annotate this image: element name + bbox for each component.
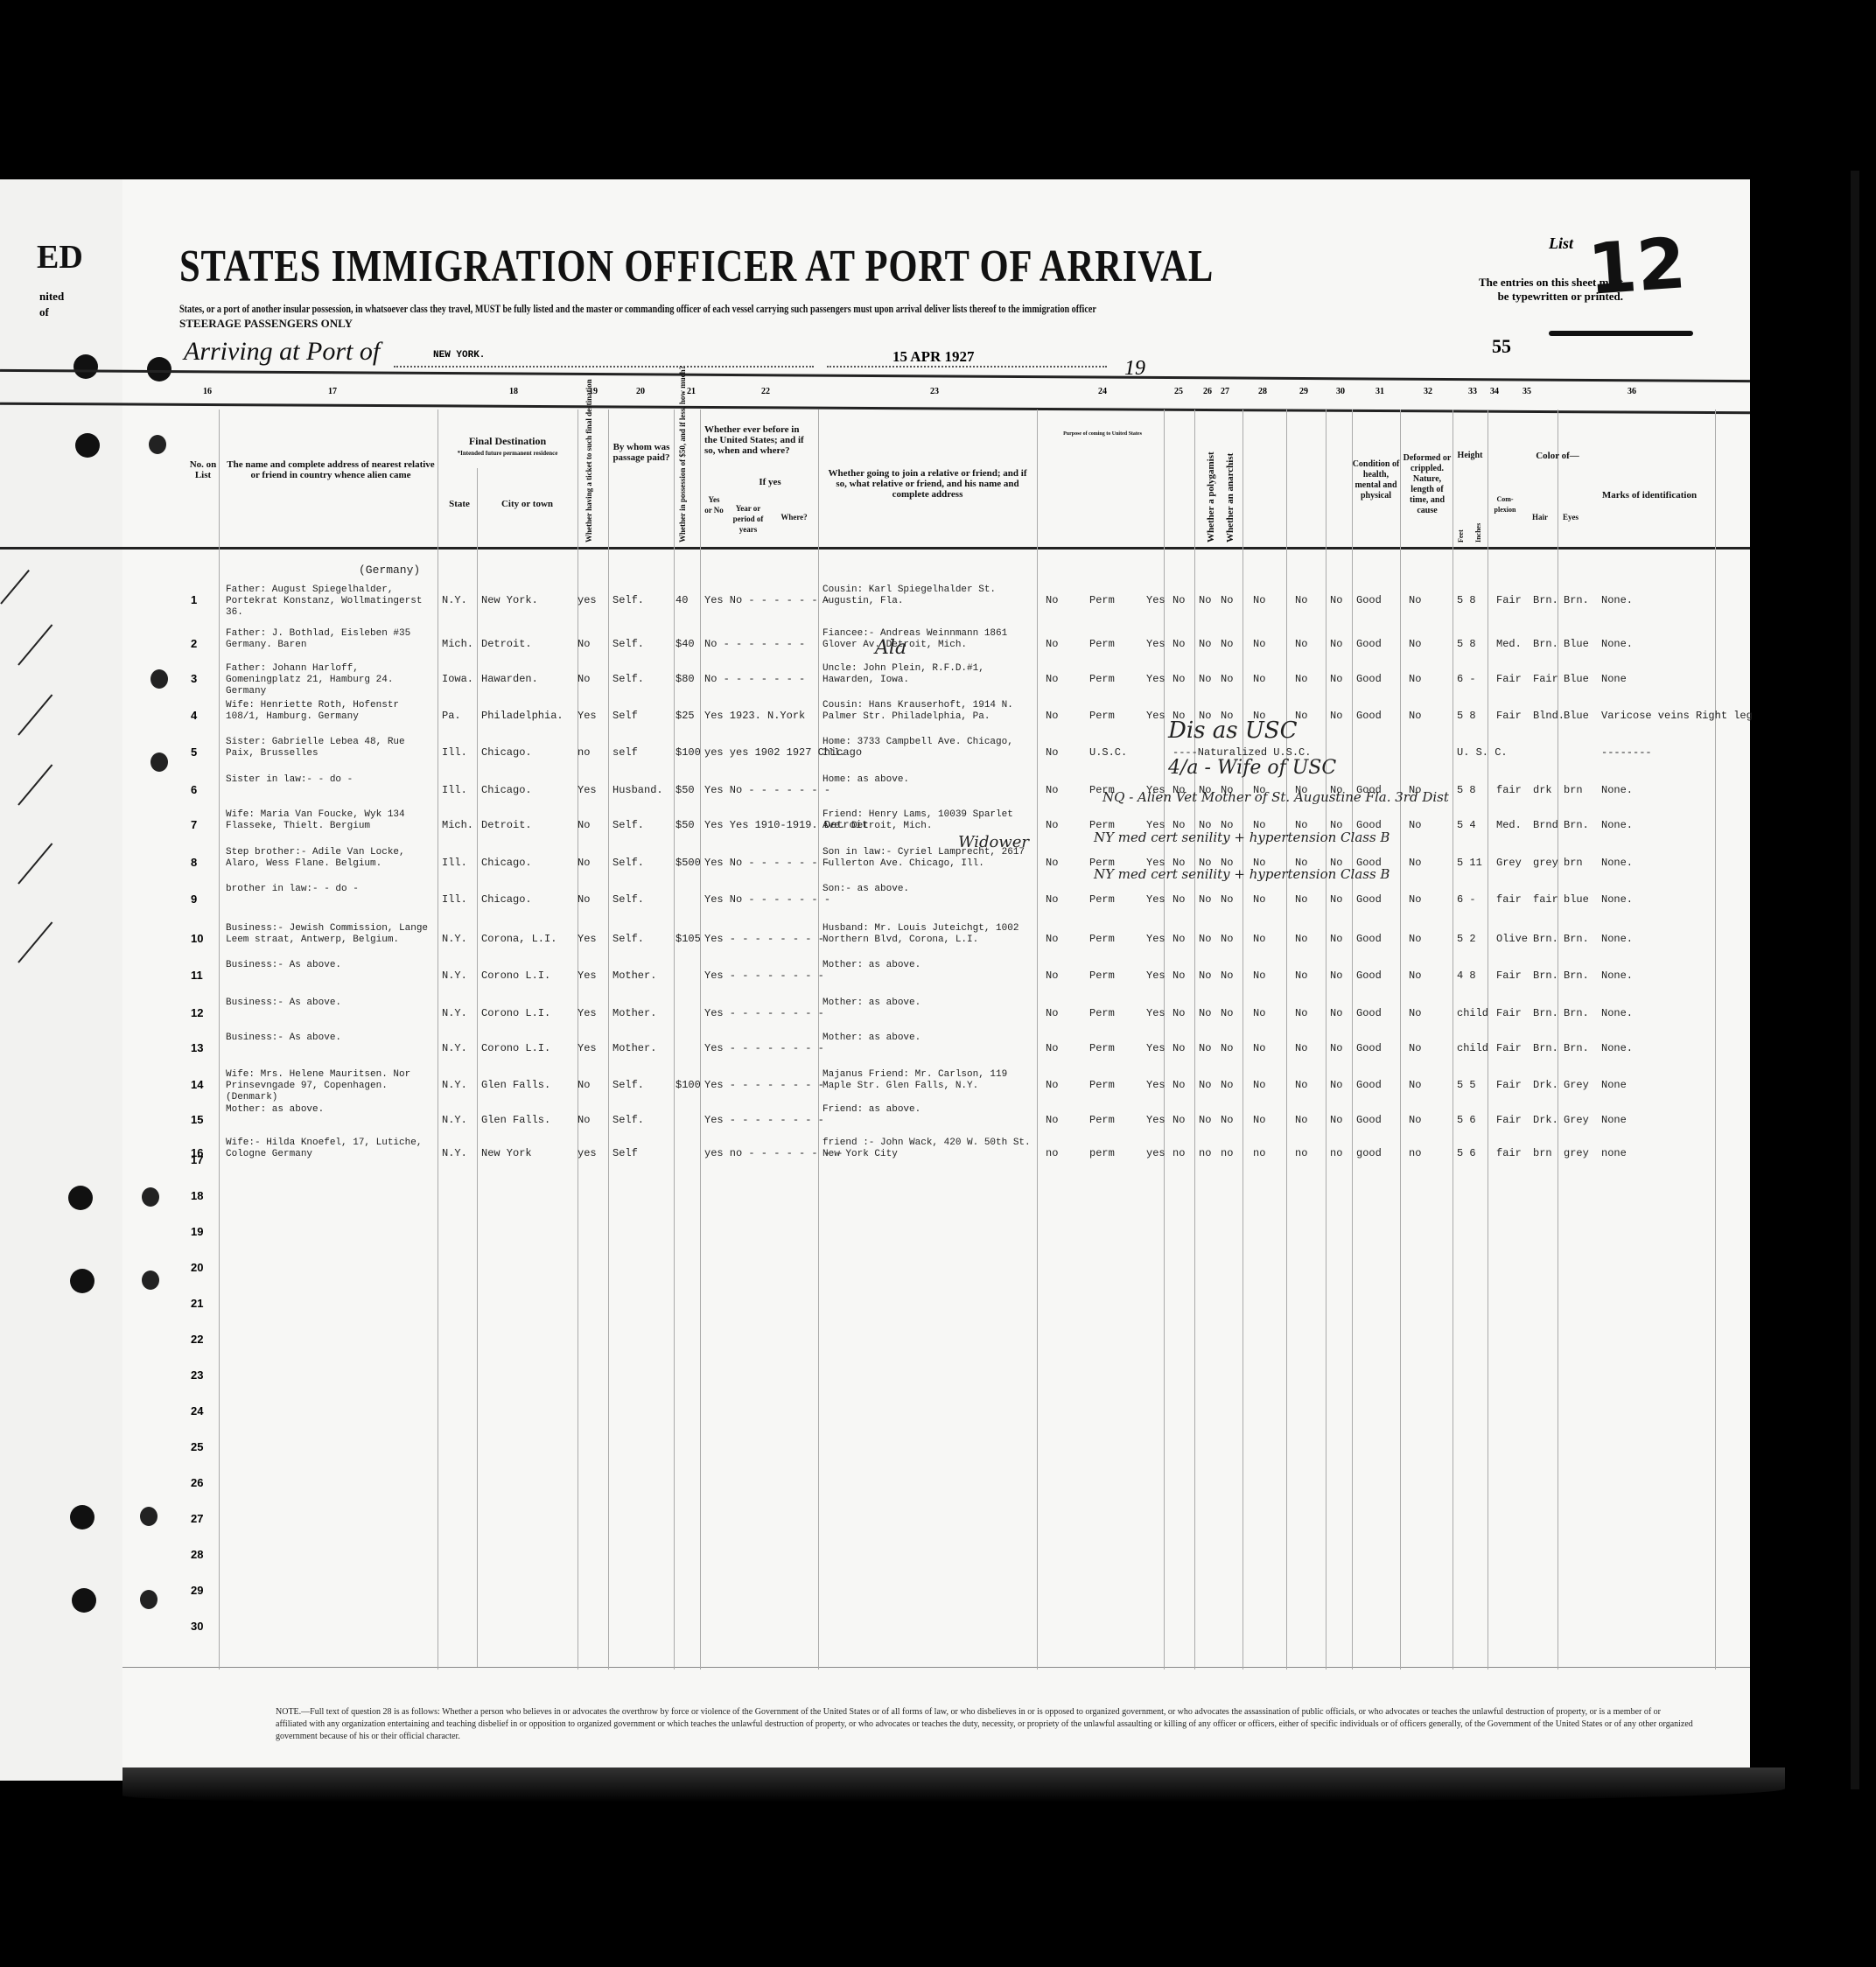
- row-state: N.Y.: [442, 1043, 467, 1054]
- row-eyes: Grey: [1564, 1115, 1589, 1126]
- header-money: Whether in possession of $50, and if les…: [678, 424, 687, 542]
- row-money: $80: [675, 674, 695, 685]
- row-col30: no: [1295, 1148, 1307, 1159]
- row-number: 13: [191, 1041, 203, 1054]
- column-number: 17: [328, 387, 337, 396]
- row-height: U. S. C.: [1457, 747, 1508, 759]
- row-height: 5 6: [1457, 1115, 1476, 1126]
- row-height: 5 8: [1457, 639, 1476, 650]
- row-hair: Blnd.: [1533, 710, 1564, 722]
- row-complexion: Fair: [1496, 1043, 1522, 1054]
- row-before-in-us: Yes No - - - - - - -: [704, 595, 830, 606]
- row-ticket: No: [577, 1080, 590, 1091]
- row-col26: no: [1172, 1148, 1185, 1159]
- row-marks: None.: [1601, 894, 1633, 906]
- row-height: child: [1457, 1008, 1488, 1019]
- row-col25: Yes: [1146, 894, 1165, 906]
- row-height: 5 8: [1457, 785, 1476, 796]
- row-complexion: Med.: [1496, 639, 1522, 650]
- column-number: 18: [509, 387, 518, 396]
- row-state: Mich.: [442, 820, 473, 831]
- row-passage-paid: self: [612, 747, 638, 759]
- row-col27: No: [1199, 934, 1211, 945]
- row-marks: None.: [1601, 785, 1633, 796]
- row-col31: No: [1330, 1008, 1342, 1019]
- column-number: 35: [1522, 387, 1531, 396]
- punch-hole: [142, 1187, 159, 1207]
- annotation-row2-margin: Ala: [875, 637, 906, 659]
- row-hair: Brn.: [1533, 1008, 1558, 1019]
- row-hair: Fair: [1533, 674, 1558, 685]
- row-hair: Brn.: [1533, 934, 1558, 945]
- row-before-in-us: Yes - - - - - - - -: [704, 1043, 824, 1054]
- row-number: 28: [191, 1548, 203, 1561]
- row-number: 21: [191, 1297, 203, 1310]
- row-complexion: Fair: [1496, 710, 1522, 722]
- row-hair: Brn.: [1533, 970, 1558, 982]
- row-before-in-us: No - - - - - - -: [704, 674, 805, 685]
- column-number: 29: [1299, 387, 1308, 396]
- row-deformed: No: [1409, 970, 1421, 982]
- row-purpose: U.S.C.: [1089, 747, 1127, 759]
- header-purpose: Purpose of coming to United States: [1041, 429, 1164, 439]
- row-marks: Varicose veins Right leg: [1601, 710, 1753, 722]
- row-number: 10: [191, 932, 203, 945]
- row-before-in-us: Yes 1923. N.York: [704, 710, 805, 722]
- row-deformed: No: [1409, 820, 1421, 831]
- row-state: N.Y.: [442, 1008, 467, 1019]
- row-col29: No: [1253, 1115, 1265, 1126]
- column-divider: [1715, 409, 1716, 1669]
- row-col26: No: [1172, 639, 1185, 650]
- row-complexion: fair: [1496, 1148, 1522, 1159]
- arrival-date-stamp: 15 APR 1927: [892, 348, 975, 366]
- row-hair: Brnd: [1533, 820, 1558, 831]
- column-divider: [219, 409, 220, 1669]
- row-eyes: Brn.: [1564, 595, 1589, 606]
- row-state: Ill.: [442, 747, 467, 759]
- row-marks: None: [1601, 1115, 1627, 1126]
- row-eyes: brn: [1564, 785, 1583, 796]
- row-relative: Sister in law:- - do -: [226, 774, 431, 786]
- row-purpose: Perm: [1089, 710, 1115, 722]
- row-height: 5 11: [1457, 857, 1482, 869]
- row-col24: No: [1046, 785, 1058, 796]
- row-col24: No: [1046, 1080, 1058, 1091]
- row-eyes: Grey: [1564, 1080, 1589, 1091]
- row-hair: Brn.: [1533, 1043, 1558, 1054]
- row-relative: Father: August Spiegelhalder, Portekrat …: [226, 584, 431, 619]
- row-col24: No: [1046, 595, 1058, 606]
- row-col24: No: [1046, 970, 1058, 982]
- row-col26: No: [1172, 1080, 1185, 1091]
- header-feet: Feet: [1457, 521, 1465, 542]
- row-col29: No: [1253, 639, 1265, 650]
- punch-hole: [70, 1269, 94, 1293]
- row-purpose: perm: [1089, 1148, 1115, 1159]
- row-purpose: Perm: [1089, 1008, 1115, 1019]
- row-passage-paid: Mother.: [612, 970, 656, 982]
- row-health: Good: [1356, 894, 1382, 906]
- row-health: Good: [1356, 595, 1382, 606]
- row-col28: No: [1221, 934, 1233, 945]
- row-height: 6 -: [1457, 894, 1476, 906]
- header-joining: Whether going to join a relative or frie…: [822, 468, 1032, 500]
- row-money: $50: [675, 785, 695, 796]
- right-page-edge: [1851, 171, 1859, 1789]
- row-joining: Cousin: Hans Krauserhoft, 1914 N. Palmer…: [822, 700, 1032, 723]
- row-passage-paid: Self: [612, 710, 638, 722]
- row-hair: Drk.: [1533, 1115, 1558, 1126]
- row-relative: Wife:- Hilda Knoefel, 17, Lutiche, Colog…: [226, 1137, 431, 1160]
- row-joining: Home: 3733 Campbell Ave. Chicago, Ill.: [822, 737, 1032, 759]
- row-number: 11: [191, 969, 203, 982]
- sheet-number: 55: [1492, 335, 1511, 358]
- row-col24: No: [1046, 710, 1058, 722]
- row-col29: No: [1253, 1008, 1265, 1019]
- row-col24: No: [1046, 1043, 1058, 1054]
- row-number: 22: [191, 1333, 203, 1346]
- punch-hole: [75, 433, 100, 458]
- row-deformed: No: [1409, 894, 1421, 906]
- column-divider: [1400, 409, 1401, 1669]
- row-col24: No: [1046, 1115, 1058, 1126]
- row-col27: No: [1199, 1043, 1211, 1054]
- row-number: 23: [191, 1368, 203, 1382]
- row-ticket: No: [577, 894, 590, 906]
- row-height: 5 8: [1457, 595, 1476, 606]
- row-before-in-us: Yes - - - - - - - -: [704, 1115, 824, 1126]
- row-purpose: Perm: [1089, 934, 1115, 945]
- row-joining: Uncle: John Plein, R.F.D.#1, Hawarden, I…: [822, 663, 1032, 686]
- row-complexion: Fair: [1496, 1080, 1522, 1091]
- row-complexion: Med.: [1496, 820, 1522, 831]
- row-col24: No: [1046, 857, 1058, 869]
- row-height: child: [1457, 1043, 1488, 1054]
- row-marks: None.: [1601, 934, 1633, 945]
- row-money: $25: [675, 710, 695, 722]
- row-col28: No: [1221, 639, 1233, 650]
- row-col31: No: [1330, 1080, 1342, 1091]
- row-joining: Fiancee:- Andreas Weinnmann 1861 Glover …: [822, 628, 1032, 651]
- row-joining: Home: as above.: [822, 774, 1032, 786]
- row-col29: No: [1253, 1043, 1265, 1054]
- row-health: Good: [1356, 674, 1382, 685]
- row-col28: No: [1221, 1080, 1233, 1091]
- row-col24: No: [1046, 1008, 1058, 1019]
- row-col26: No: [1172, 970, 1185, 982]
- row-joining: Majanus Friend: Mr. Carlson, 119 Maple S…: [822, 1069, 1032, 1092]
- row-purpose: Perm: [1089, 1043, 1115, 1054]
- row-col27: No: [1199, 1080, 1211, 1091]
- row-col30: No: [1295, 1043, 1307, 1054]
- row-state: Iowa.: [442, 674, 473, 685]
- column-divider: [674, 409, 675, 1669]
- row-complexion: Fair: [1496, 595, 1522, 606]
- column-divider: [1452, 409, 1453, 1669]
- header-city: City or town: [481, 499, 573, 509]
- row-col31: No: [1330, 894, 1342, 906]
- row-col28: No: [1221, 1043, 1233, 1054]
- punch-hole: [140, 1507, 157, 1526]
- row-col30: No: [1295, 595, 1307, 606]
- column-divider: [477, 468, 478, 1667]
- row-passage-paid: Self.: [612, 934, 644, 945]
- punch-hole: [72, 1588, 96, 1613]
- row-money: $50: [675, 820, 695, 831]
- row-deformed: No: [1409, 595, 1421, 606]
- row-number: 18: [191, 1189, 203, 1202]
- row-city: Corono L.I.: [481, 1043, 550, 1054]
- row-ticket: yes: [577, 595, 597, 606]
- row-relative: Wife: Maria Van Foucke, Wyk 134 Flasseke…: [226, 809, 431, 832]
- row-eyes: Brn.: [1564, 1008, 1589, 1019]
- row-health: Good: [1356, 1080, 1382, 1091]
- row-col30: No: [1295, 674, 1307, 685]
- row-col31: No: [1330, 595, 1342, 606]
- row-col28: No: [1221, 894, 1233, 906]
- column-number: 30: [1336, 387, 1345, 396]
- column-number: 24: [1098, 387, 1107, 396]
- row-state: N.Y.: [442, 595, 467, 606]
- header-final-destination: Final Destination: [442, 436, 573, 446]
- row-joining: Mother: as above.: [822, 1032, 1032, 1044]
- column-number: 26: [1203, 387, 1212, 396]
- row-col28: No: [1221, 1115, 1233, 1126]
- row-col27: No: [1199, 1008, 1211, 1019]
- row-col27: No: [1199, 639, 1211, 650]
- row-col31: No: [1330, 639, 1342, 650]
- row-state: Ill.: [442, 785, 467, 796]
- row-city: Corono L.I.: [481, 1008, 550, 1019]
- column-number: 31: [1375, 387, 1384, 396]
- row-ticket: Yes: [577, 785, 597, 796]
- punch-hole: [70, 1505, 94, 1529]
- row-number: 15: [191, 1113, 203, 1126]
- row-ticket: Yes: [577, 1043, 597, 1054]
- row-city: Philadelphia.: [481, 710, 563, 722]
- row-city: Corono L.I.: [481, 970, 550, 982]
- header-nearest-relative: The name and complete address of nearest…: [226, 459, 436, 480]
- row-relative: Business:- As above.: [226, 997, 431, 1009]
- row-col30: No: [1295, 1008, 1307, 1019]
- header-anarchist: Whether an anarchist: [1225, 437, 1235, 542]
- row-col27: No: [1199, 674, 1211, 685]
- row-ticket: Yes: [577, 710, 597, 722]
- row-marks: None.: [1601, 1008, 1633, 1019]
- row-eyes: Blue: [1564, 674, 1589, 685]
- row-health: Good: [1356, 710, 1382, 722]
- row-purpose: Perm: [1089, 674, 1115, 685]
- row-state: N.Y.: [442, 1080, 467, 1091]
- row-money: $500: [675, 857, 701, 869]
- row-city: New York.: [481, 595, 538, 606]
- column-number: 22: [761, 387, 770, 396]
- row-ticket: No: [577, 674, 590, 685]
- row-col30: No: [1295, 639, 1307, 650]
- row-height: 4 8: [1457, 970, 1476, 982]
- row-eyes: brn: [1564, 857, 1583, 869]
- row-state: Ill.: [442, 894, 467, 906]
- row-hair: Brn.: [1533, 595, 1558, 606]
- column-divider: [1242, 409, 1243, 1669]
- row-height: 5 5: [1457, 1080, 1476, 1091]
- row-height: 6 -: [1457, 674, 1476, 685]
- row-hair: drk: [1533, 785, 1552, 796]
- header-state: State: [442, 499, 477, 509]
- header-polygamist: Whether a polygamist: [1206, 437, 1216, 542]
- row-eyes: Brn.: [1564, 820, 1589, 831]
- row-col28: No: [1221, 970, 1233, 982]
- column-divider: [1326, 409, 1326, 1669]
- column-number: 34: [1490, 387, 1499, 396]
- row-col24: No: [1046, 894, 1058, 906]
- row-passage-paid: Self.: [612, 595, 644, 606]
- row-before-in-us: Yes No - - - - - - -: [704, 785, 830, 796]
- row-deformed: No: [1409, 674, 1421, 685]
- row-complexion: Fair: [1496, 1115, 1522, 1126]
- column-number: 21: [687, 387, 696, 396]
- row-complexion: fair: [1496, 785, 1522, 796]
- row-hair: brn: [1533, 1148, 1552, 1159]
- row-relative: Father: J. Bothlad, Eisleben #35 Germany…: [226, 628, 431, 651]
- row-height: 5 8: [1457, 710, 1476, 722]
- left-page-fragment: [0, 179, 122, 1781]
- row-city: Glen Falls.: [481, 1115, 550, 1126]
- list-number: 12: [1585, 222, 1689, 311]
- arriving-label: Arriving at Port of: [184, 337, 380, 367]
- row-relative: Business:- As above.: [226, 960, 431, 971]
- row-number: 5: [191, 745, 197, 759]
- row-health: Good: [1356, 1008, 1382, 1019]
- row-ticket: No: [577, 1115, 590, 1126]
- row-eyes: Blue: [1564, 639, 1589, 650]
- row-joining: Mother: as above.: [822, 960, 1032, 971]
- row-col31: No: [1330, 1043, 1342, 1054]
- row-col29: No: [1253, 934, 1265, 945]
- row-state: Mich.: [442, 639, 473, 650]
- row-col26: No: [1172, 595, 1185, 606]
- row-complexion: Olive: [1496, 934, 1528, 945]
- header-eyes: Eyes: [1557, 512, 1584, 522]
- column-number: 28: [1258, 387, 1267, 396]
- column-divider: [1194, 409, 1195, 1669]
- row-marks: None.: [1601, 970, 1633, 982]
- row-col29: No: [1253, 894, 1265, 906]
- column-number: 23: [930, 387, 939, 396]
- row-col30: No: [1295, 934, 1307, 945]
- form-subtitle: States, or a port of another insular pos…: [179, 302, 1096, 316]
- row-city: Corona, L.I.: [481, 934, 556, 945]
- header-ticket: Whether having a ticket to such final de…: [584, 424, 593, 542]
- row-city: Chicago.: [481, 785, 532, 796]
- row-col31: No: [1330, 674, 1342, 685]
- row-col27: No: [1199, 595, 1211, 606]
- row-ticket: Yes: [577, 934, 597, 945]
- row-passage-paid: Self.: [612, 1080, 644, 1091]
- column-number: 32: [1424, 387, 1432, 396]
- column-divider: [1037, 409, 1038, 1669]
- row-marks: None: [1601, 674, 1627, 685]
- row-complexion: Fair: [1496, 674, 1522, 685]
- row-col25: Yes: [1146, 674, 1165, 685]
- column-number: 25: [1174, 387, 1183, 396]
- row-col26: No: [1172, 674, 1185, 685]
- row-col24: No: [1046, 820, 1058, 831]
- header-complexion: Com-plexion: [1487, 494, 1522, 515]
- row-col25: Yes: [1146, 639, 1165, 650]
- column-number: 20: [636, 387, 645, 396]
- row-number: 25: [191, 1440, 203, 1453]
- row-col25: Yes: [1146, 1080, 1165, 1091]
- row-health: Good: [1356, 1043, 1382, 1054]
- port-dotted-line: [394, 366, 814, 367]
- row-col25: Yes: [1146, 1043, 1165, 1054]
- row-joining: Husband: Mr. Louis Juteichgt, 1002 North…: [822, 923, 1032, 946]
- row-col29: No: [1253, 674, 1265, 685]
- row-number: 7: [191, 818, 197, 831]
- row-deformed: no: [1409, 1148, 1421, 1159]
- row-complexion: Fair: [1496, 970, 1522, 982]
- row-purpose: Perm: [1089, 1115, 1115, 1126]
- row-col26: No: [1172, 1115, 1185, 1126]
- row-state: N.Y.: [442, 1148, 467, 1159]
- row-complexion: Fair: [1496, 1008, 1522, 1019]
- row-hair: Brn.: [1533, 639, 1558, 650]
- row-marks: None.: [1601, 857, 1633, 869]
- row-col25: Yes: [1146, 1008, 1165, 1019]
- row-ticket: No: [577, 639, 590, 650]
- row-purpose: Perm: [1089, 595, 1115, 606]
- row-hair: grey: [1533, 857, 1558, 869]
- row-eyes: Blue: [1564, 710, 1589, 722]
- row-col31: No: [1330, 1115, 1342, 1126]
- column-divider: [608, 409, 609, 1669]
- row-col25: Yes: [1146, 1115, 1165, 1126]
- row-marks: none: [1601, 1148, 1627, 1159]
- column-number: 16: [203, 387, 212, 396]
- row-complexion: fair: [1496, 894, 1522, 906]
- row-col29: No: [1253, 970, 1265, 982]
- row-passage-paid: Self.: [612, 639, 644, 650]
- annotation-row6: 4/a - Wife of USC: [1168, 757, 1336, 779]
- row-col29: no: [1253, 1148, 1265, 1159]
- row-height: 5 4: [1457, 820, 1476, 831]
- row-col24: No: [1046, 747, 1058, 759]
- row-before-in-us: Yes No - - - - - - -: [704, 894, 830, 906]
- row-number: 14: [191, 1078, 203, 1091]
- row-relative: Business:- Jewish Commission, Lange Leem…: [226, 923, 431, 946]
- row-deformed: No: [1409, 639, 1421, 650]
- row-money: $40: [675, 639, 695, 650]
- row-number: 19: [191, 1225, 203, 1238]
- row-number: 1: [191, 593, 197, 606]
- row-passage-paid: Self.: [612, 1115, 644, 1126]
- annotation-row5: Dis as USC: [1168, 717, 1298, 744]
- column-divider: [1352, 409, 1353, 1669]
- row-money: 40: [675, 595, 688, 606]
- row-relative: Sister: Gabrielle Lebea 48, Rue Paix, Br…: [226, 737, 431, 759]
- row-before-in-us: Yes - - - - - - - -: [704, 1008, 824, 1019]
- punch-hole: [142, 1270, 159, 1290]
- row-city: New York: [481, 1148, 532, 1159]
- row-health: Good: [1356, 1115, 1382, 1126]
- row-purpose: Perm: [1089, 639, 1115, 650]
- row-col25: yes: [1146, 1148, 1165, 1159]
- row-col28: no: [1221, 1148, 1233, 1159]
- row-col29: No: [1253, 1080, 1265, 1091]
- row-ticket: Yes: [577, 1008, 597, 1019]
